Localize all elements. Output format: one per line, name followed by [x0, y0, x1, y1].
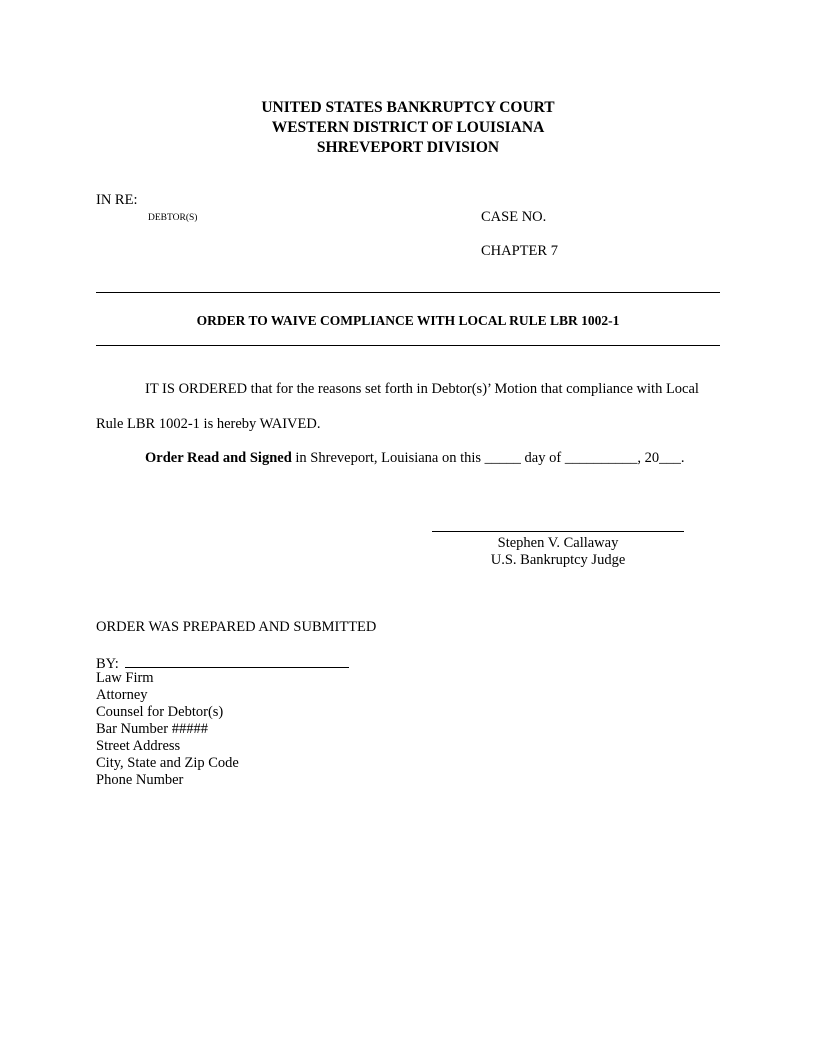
district-name: WESTERN DISTRICT OF LOUISIANA [0, 118, 816, 138]
prepared-heading: ORDER WAS PREPARED AND SUBMITTED [96, 619, 376, 636]
law-firm: Law Firm [96, 670, 239, 687]
phone-number: Phone Number [96, 772, 239, 789]
preparer-block: Law Firm Attorney Counsel for Debtor(s) … [96, 670, 239, 789]
judge-name: Stephen V. Callaway [432, 535, 684, 552]
counsel: Counsel for Debtor(s) [96, 704, 239, 721]
signed-statement: Order Read and Signed in Shreveport, Lou… [145, 450, 684, 467]
debtor-label: DEBTOR(S) [148, 213, 197, 223]
court-name: UNITED STATES BANKRUPTCY COURT [0, 98, 816, 118]
judge-signature-line [432, 531, 684, 532]
order-body-line-1: IT IS ORDERED that for the reasons set f… [145, 381, 699, 398]
street-address: Street Address [96, 738, 239, 755]
division-name: SHREVEPORT DIVISION [0, 138, 816, 158]
bar-number: Bar Number ##### [96, 721, 239, 738]
chapter-label: CHAPTER 7 [481, 243, 558, 260]
case-number-label: CASE NO. [481, 209, 546, 226]
signed-bold-text: Order Read and Signed [145, 450, 292, 466]
judge-title: U.S. Bankruptcy Judge [432, 552, 684, 569]
in-re-label: IN RE: [96, 192, 137, 209]
order-title: ORDER TO WAIVE COMPLIANCE WITH LOCAL RUL… [0, 313, 816, 329]
signed-rest-text: in Shreveport, Louisiana on this _____ d… [292, 450, 685, 466]
bottom-divider [96, 345, 720, 346]
by-signature-line [125, 653, 349, 668]
city-state-zip: City, State and Zip Code [96, 755, 239, 772]
attorney: Attorney [96, 687, 239, 704]
order-body-line-2: Rule LBR 1002-1 is hereby WAIVED. [96, 416, 320, 433]
top-divider [96, 292, 720, 293]
